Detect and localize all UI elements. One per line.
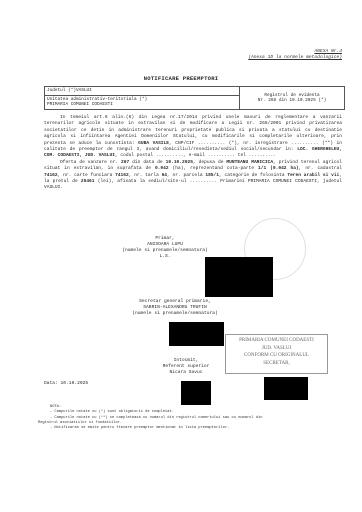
redacted-signature-referent bbox=[181, 381, 211, 405]
preemptor-name: GUBA VASILE bbox=[138, 141, 169, 146]
notes-section: NOTA: - Campurile notate cu (*) sunt obl… bbox=[44, 405, 344, 431]
offer-number: 267 bbox=[121, 160, 129, 165]
text: , nr. carte funciara bbox=[58, 173, 115, 178]
secretary-caption: (numele si prenumele/semnatura) bbox=[100, 311, 250, 317]
stamp-line-3: CONFORM CU ORIGINALUL bbox=[226, 352, 327, 360]
cadastral-number: 74162 bbox=[44, 173, 58, 178]
stamp-line-1: PRIMARIA COMUNEI CODAESTI bbox=[226, 337, 327, 345]
drafted-by-block: Intocmit, Referent superior Nicara Savuc bbox=[150, 358, 222, 376]
text: , nr. tarla bbox=[129, 173, 162, 178]
registry-box: Registrul de evidenta Nr. 268 din 10.10.… bbox=[239, 86, 345, 110]
secretary-signature-block: Secretar general primarie, SABRIN-ALEXAN… bbox=[100, 299, 250, 317]
share: 1/1 (0.942 ha) bbox=[258, 166, 299, 171]
text: , codul postal .........., e-mail ......… bbox=[115, 153, 276, 158]
offer-date: 10.10.2025 bbox=[166, 160, 193, 165]
redacted-signature-secretary bbox=[169, 322, 224, 346]
text: , nr. parcela bbox=[167, 173, 205, 178]
annex-reference: ANEXA Nr.4 (Anexa 1D la normele metodolo… bbox=[248, 49, 342, 61]
stamp-line-2: JUD. VASLUI bbox=[226, 345, 327, 353]
notification-body: In temeiul art.6 alin.(6) din Legea nr.1… bbox=[44, 115, 342, 192]
text: Oferta de vanzare nr. bbox=[60, 160, 121, 165]
text: , categorie de folosinta bbox=[219, 173, 287, 178]
uat-value: PRIMARIA COMUNEI CODAESTI bbox=[47, 102, 237, 108]
stamp-line-4: SECRETAR, bbox=[226, 360, 327, 368]
drafted-name: Nicara Savuc bbox=[150, 370, 222, 376]
text: din data de bbox=[129, 160, 165, 165]
text: , nr. cadastral bbox=[299, 166, 342, 171]
parcel-number: 185/1 bbox=[205, 173, 219, 178]
land-book-number: 74162 bbox=[115, 173, 129, 178]
seller-name: MUNTEANU MARICICA bbox=[226, 160, 273, 165]
land-use-category: Teren arabil si vii bbox=[287, 173, 339, 178]
document-title: NOTIFICARE PREEMPTORI bbox=[0, 75, 362, 82]
text: , depusa de bbox=[193, 160, 226, 165]
price: 25461 bbox=[81, 179, 95, 184]
certified-copy-stamp: PRIMARIA COMUNEI CODAESTI JUD. VASLUI CO… bbox=[225, 334, 328, 374]
land-area: 0.942 bbox=[155, 166, 169, 171]
annex-subtitle: (Anexa 1D la normele metodologice) bbox=[248, 55, 342, 61]
uat-field: Unitatea administrativ-teritoriala (*) P… bbox=[45, 95, 239, 109]
redacted-signature-mayor bbox=[205, 257, 273, 297]
text: (ha), reprezentand cota-parte bbox=[169, 166, 258, 171]
county-field: Judetul (*)VASLUI bbox=[45, 87, 239, 95]
document-date: Data: 10.10.2025 bbox=[44, 381, 88, 386]
header-authority-box: Judetul (*)VASLUI Unitatea administrativ… bbox=[44, 86, 240, 110]
note-3: - Notificarea se emite pentru fiecare pr… bbox=[44, 426, 344, 431]
paragraph-offer: Oferta de vanzare nr. 267 din data de 10… bbox=[44, 160, 342, 192]
registry-value: Nr. 268 din 10.10.2025 (*) bbox=[240, 98, 344, 104]
redacted-signature-secretary-stamp bbox=[264, 377, 308, 400]
paragraph-legal-basis: In temeiul art.6 alin.(6) din Legea nr.1… bbox=[44, 115, 342, 160]
